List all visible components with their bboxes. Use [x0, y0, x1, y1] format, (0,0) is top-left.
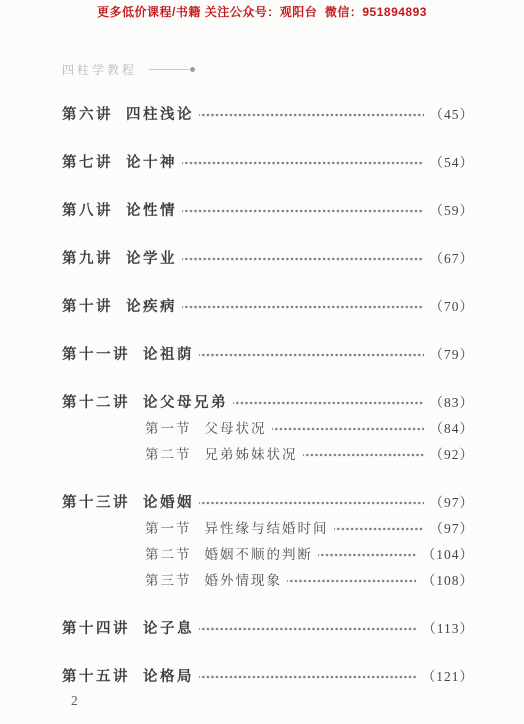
entry-title: 论格局: [143, 669, 194, 685]
entry-label: 第十四讲: [62, 621, 130, 637]
entry-label: 第十三讲: [62, 495, 130, 511]
toc-chapter-row: 第六讲四柱浅论（45）: [62, 107, 474, 123]
entry-page-number: （108）: [422, 573, 474, 589]
entry-title: 异性缘与结婚时间: [205, 521, 329, 537]
entry-label: 第一节: [145, 521, 192, 537]
dot-leader: [199, 669, 416, 685]
entry-title: 论十神: [126, 155, 177, 171]
scanned-book-page: 更多低价课程/书籍 关注公众号：观阳台 微信：951894893 四柱学教程 第…: [0, 0, 524, 724]
entry-label: 第二节: [145, 547, 192, 563]
toc-section-row: 第一节父母状况（84）: [62, 421, 474, 437]
entry-title: 论婚姻: [143, 495, 194, 511]
entry-title: 论性情: [126, 203, 177, 219]
entry-label: 第十讲: [62, 299, 113, 315]
dot-leader: [182, 299, 424, 315]
toc-chapter-row: 第十一讲论祖荫（79）: [62, 347, 474, 363]
book-title: 四柱学教程: [62, 61, 137, 78]
entry-page-number: （67）: [430, 251, 475, 267]
toc-list: 第六讲四柱浅论（45）第七讲论十神（54）第八讲论性情（59）第九讲论学业（67…: [62, 107, 474, 685]
entry-page-number: （97）: [430, 495, 475, 511]
entry-title: 四柱浅论: [126, 107, 194, 123]
running-header: 四柱学教程: [62, 61, 195, 78]
dot-leader: [303, 447, 424, 463]
entry-title: 论学业: [126, 251, 177, 267]
entry-page-number: （59）: [430, 203, 475, 219]
entry-title: 父母状况: [205, 421, 267, 437]
dot-leader: [334, 521, 424, 537]
dot-leader: [199, 495, 424, 511]
dot-leader: [182, 251, 424, 267]
dot-leader: [199, 347, 424, 363]
header-end-dot-icon: [190, 67, 195, 72]
entry-title: 论祖荫: [143, 347, 194, 363]
entry-label: 第七讲: [62, 155, 113, 171]
entry-page-number: （54）: [430, 155, 475, 171]
entry-label: 第九讲: [62, 251, 113, 267]
entry-page-number: （45）: [430, 107, 475, 123]
entry-title: 兄弟姊妹状况: [205, 447, 298, 463]
toc-chapter-row: 第十三讲论婚姻（97）: [62, 495, 474, 511]
entry-label: 第三节: [145, 573, 192, 589]
entry-label: 第十五讲: [62, 669, 130, 685]
toc-chapter-row: 第十四讲论子息（113）: [62, 621, 474, 637]
entry-page-number: （83）: [430, 395, 475, 411]
header-rule: [149, 69, 189, 70]
entry-label: 第十一讲: [62, 347, 130, 363]
dot-leader: [182, 203, 424, 219]
entry-page-number: （104）: [422, 547, 474, 563]
toc-chapter-row: 第七讲论十神（54）: [62, 155, 474, 171]
dot-leader: [182, 155, 424, 171]
entry-page-number: （113）: [422, 621, 474, 637]
entry-label: 第六讲: [62, 107, 113, 123]
entry-title: 论子息: [143, 621, 194, 637]
entry-label: 第八讲: [62, 203, 113, 219]
dot-leader: [272, 421, 424, 437]
entry-title: 论父母兄弟: [143, 395, 228, 411]
dot-leader: [199, 107, 424, 123]
entry-title: 婚外情现象: [205, 573, 283, 589]
toc-section-row: 第二节婚姻不顺的判断（104）: [62, 547, 474, 563]
promo-banner: 更多低价课程/书籍 关注公众号：观阳台 微信：951894893: [0, 3, 524, 20]
toc-chapter-row: 第十二讲论父母兄弟（83）: [62, 395, 474, 411]
entry-page-number: （79）: [430, 347, 475, 363]
toc-section-row: 第三节婚外情现象（108）: [62, 573, 474, 589]
entry-label: 第十二讲: [62, 395, 130, 411]
toc-section-row: 第一节异性缘与结婚时间（97）: [62, 521, 474, 537]
entry-title: 论疾病: [126, 299, 177, 315]
dot-leader: [233, 395, 424, 411]
footer-page-number: 2: [71, 693, 78, 709]
toc-chapter-row: 第十讲论疾病（70）: [62, 299, 474, 315]
entry-page-number: （84）: [430, 421, 475, 437]
entry-page-number: （70）: [430, 299, 475, 315]
entry-label: 第一节: [145, 421, 192, 437]
toc-chapter-row: 第十五讲论格局（121）: [62, 669, 474, 685]
entry-page-number: （97）: [430, 521, 475, 537]
entry-title: 婚姻不顺的判断: [205, 547, 314, 563]
toc-chapter-row: 第八讲论性情（59）: [62, 203, 474, 219]
dot-leader: [199, 621, 416, 637]
toc-chapter-row: 第九讲论学业（67）: [62, 251, 474, 267]
toc-section-row: 第二节兄弟姊妹状况（92）: [62, 447, 474, 463]
dot-leader: [318, 547, 416, 563]
dot-leader: [287, 573, 416, 589]
entry-page-number: （121）: [422, 669, 474, 685]
entry-label: 第二节: [145, 447, 192, 463]
entry-page-number: （92）: [430, 447, 475, 463]
